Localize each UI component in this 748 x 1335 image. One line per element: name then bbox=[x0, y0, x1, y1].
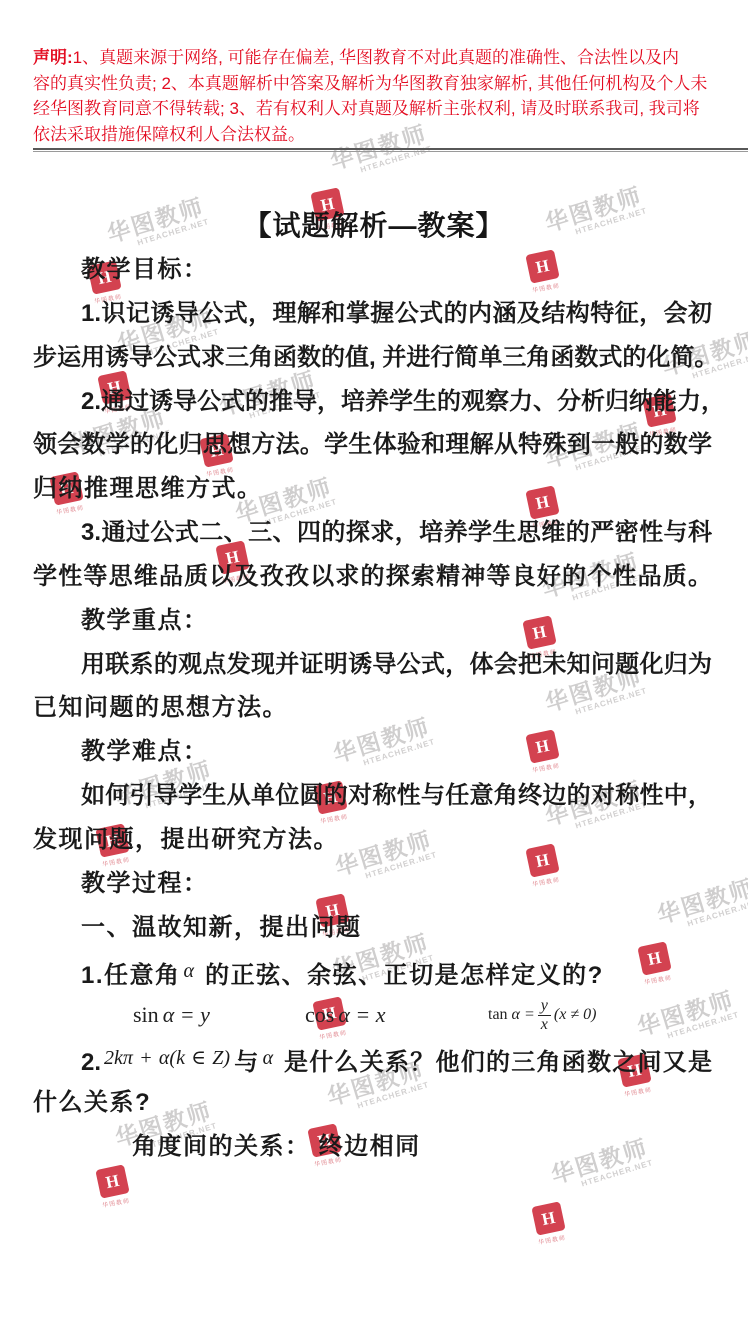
disclaimer-lead: 声明: bbox=[33, 48, 73, 67]
huatu-logo-icon: H bbox=[95, 1164, 129, 1198]
disclaimer-text: 1、真题来源于网络, 可能存在偏差, 华图教育不对此真题的准确性、合法性以及内 bbox=[73, 48, 679, 67]
content-line: 归纳推理思维方式。 bbox=[33, 467, 712, 511]
math-formula: tanα =yx(x ≠ 0) bbox=[488, 995, 596, 1035]
disclaimer-line: 声明:1、真题来源于网络, 可能存在偏差, 华图教育不对此真题的准确性、合法性以… bbox=[33, 45, 723, 71]
math-formula: sinα = y bbox=[133, 995, 210, 1035]
heading-teaching-difficulties: 教学难点： bbox=[33, 730, 712, 774]
content-line: 1.任意角α 的正弦、余弦、正切是怎样定义的? bbox=[33, 950, 712, 994]
content-line: 步运用诱导公式求三角函数的值, 并进行简单三角函数式的化简。 bbox=[33, 336, 712, 380]
page-title: 【试题解析—教案】 bbox=[0, 204, 748, 248]
content-line: 3.通过公式二、三、四的探求，培养学生思维的严密性与科 bbox=[33, 511, 712, 555]
math-formula: cosα = x bbox=[305, 995, 386, 1035]
disclaimer-line: 依法采取措施保障权利人合法权益。 bbox=[33, 122, 723, 148]
math-expression: 2kπ + α(k ∈ Z) bbox=[101, 1047, 233, 1069]
text-span: 1.任意角 bbox=[81, 962, 181, 989]
header-divider-rule bbox=[33, 148, 748, 152]
math-expression: α bbox=[181, 960, 198, 982]
document-page: { "page": {"width": 748, "height": 1335,… bbox=[0, 0, 748, 1335]
content-line: 什么关系? bbox=[33, 1081, 712, 1125]
content-line: 2.通过诱导公式的推导，培养学生的观察力、分析归纳能力， bbox=[33, 380, 712, 424]
content-line: 如何引导学生从单位圆的对称性与任意角终边的对称性中， bbox=[33, 774, 712, 818]
disclaimer-notice: 声明:1、真题来源于网络, 可能存在偏差, 华图教育不对此真题的准确性、合法性以… bbox=[33, 45, 723, 147]
text-span: 2. bbox=[81, 1049, 101, 1076]
disclaimer-line: 容的真实性负责; 2、本真题解析中答案及解析为华图教育独家解析, 其他任何机构及… bbox=[33, 71, 723, 97]
heading-teaching-objectives: 教学目标： bbox=[33, 248, 712, 292]
content-line: 已知问题的思想方法。 bbox=[33, 686, 712, 730]
text-span: 是什么关系？他们的三角函数之间又是 bbox=[276, 1049, 712, 1076]
content-line: 发现问题，提出研究方法。 bbox=[33, 818, 712, 862]
content-line: 学性等思维品质以及孜孜以求的探索精神等良好的个性品质。 bbox=[33, 555, 712, 599]
content-line: 用联系的观点发现并证明诱导公式，体会把未知问题化归为 bbox=[33, 643, 712, 687]
content-line: 角度间的关系： 终边相同 bbox=[33, 1125, 712, 1169]
disclaimer-line: 经华图教育同意不得转载; 3、若有权利人对真题及解析主张权利, 请及时联系我司,… bbox=[33, 96, 723, 122]
content-line: 1.识记诱导公式，理解和掌握公式的内涵及结构特征，会初 bbox=[33, 292, 712, 336]
heading-teaching-key-points: 教学重点： bbox=[33, 599, 712, 643]
heading-section-one: 一、温故知新，提出问题 bbox=[33, 906, 712, 950]
watermark-caption: 华图教师 bbox=[532, 1232, 573, 1248]
watermark-caption: 华图教师 bbox=[96, 1195, 137, 1211]
heading-teaching-process: 教学过程： bbox=[33, 862, 712, 906]
text-span: 的正弦、余弦、正切是怎样定义的? bbox=[197, 962, 604, 989]
math-expression: α bbox=[260, 1047, 277, 1069]
brand-watermark: 华图教师HTEACHER.NETH华图教师 bbox=[534, 1204, 694, 1284]
formula-row: sinα = ycosα = xtanα =yx(x ≠ 0) bbox=[33, 993, 712, 1037]
huatu-logo-icon: H bbox=[531, 1201, 565, 1235]
content-line: 2.2kπ + α(k ∈ Z)与α 是什么关系？他们的三角函数之间又是 bbox=[33, 1037, 712, 1081]
content-line: 领会数学的化归思想方法。学生体验和理解从特殊到一般的数学 bbox=[33, 423, 712, 467]
content-lines: 教学目标：1.识记诱导公式，理解和掌握公式的内涵及结构特征，会初步运用诱导公式求… bbox=[33, 248, 712, 1169]
text-span: 与 bbox=[233, 1049, 260, 1076]
brand-watermark: 华图教师HTEACHER.NETH华图教师 bbox=[98, 1167, 258, 1247]
